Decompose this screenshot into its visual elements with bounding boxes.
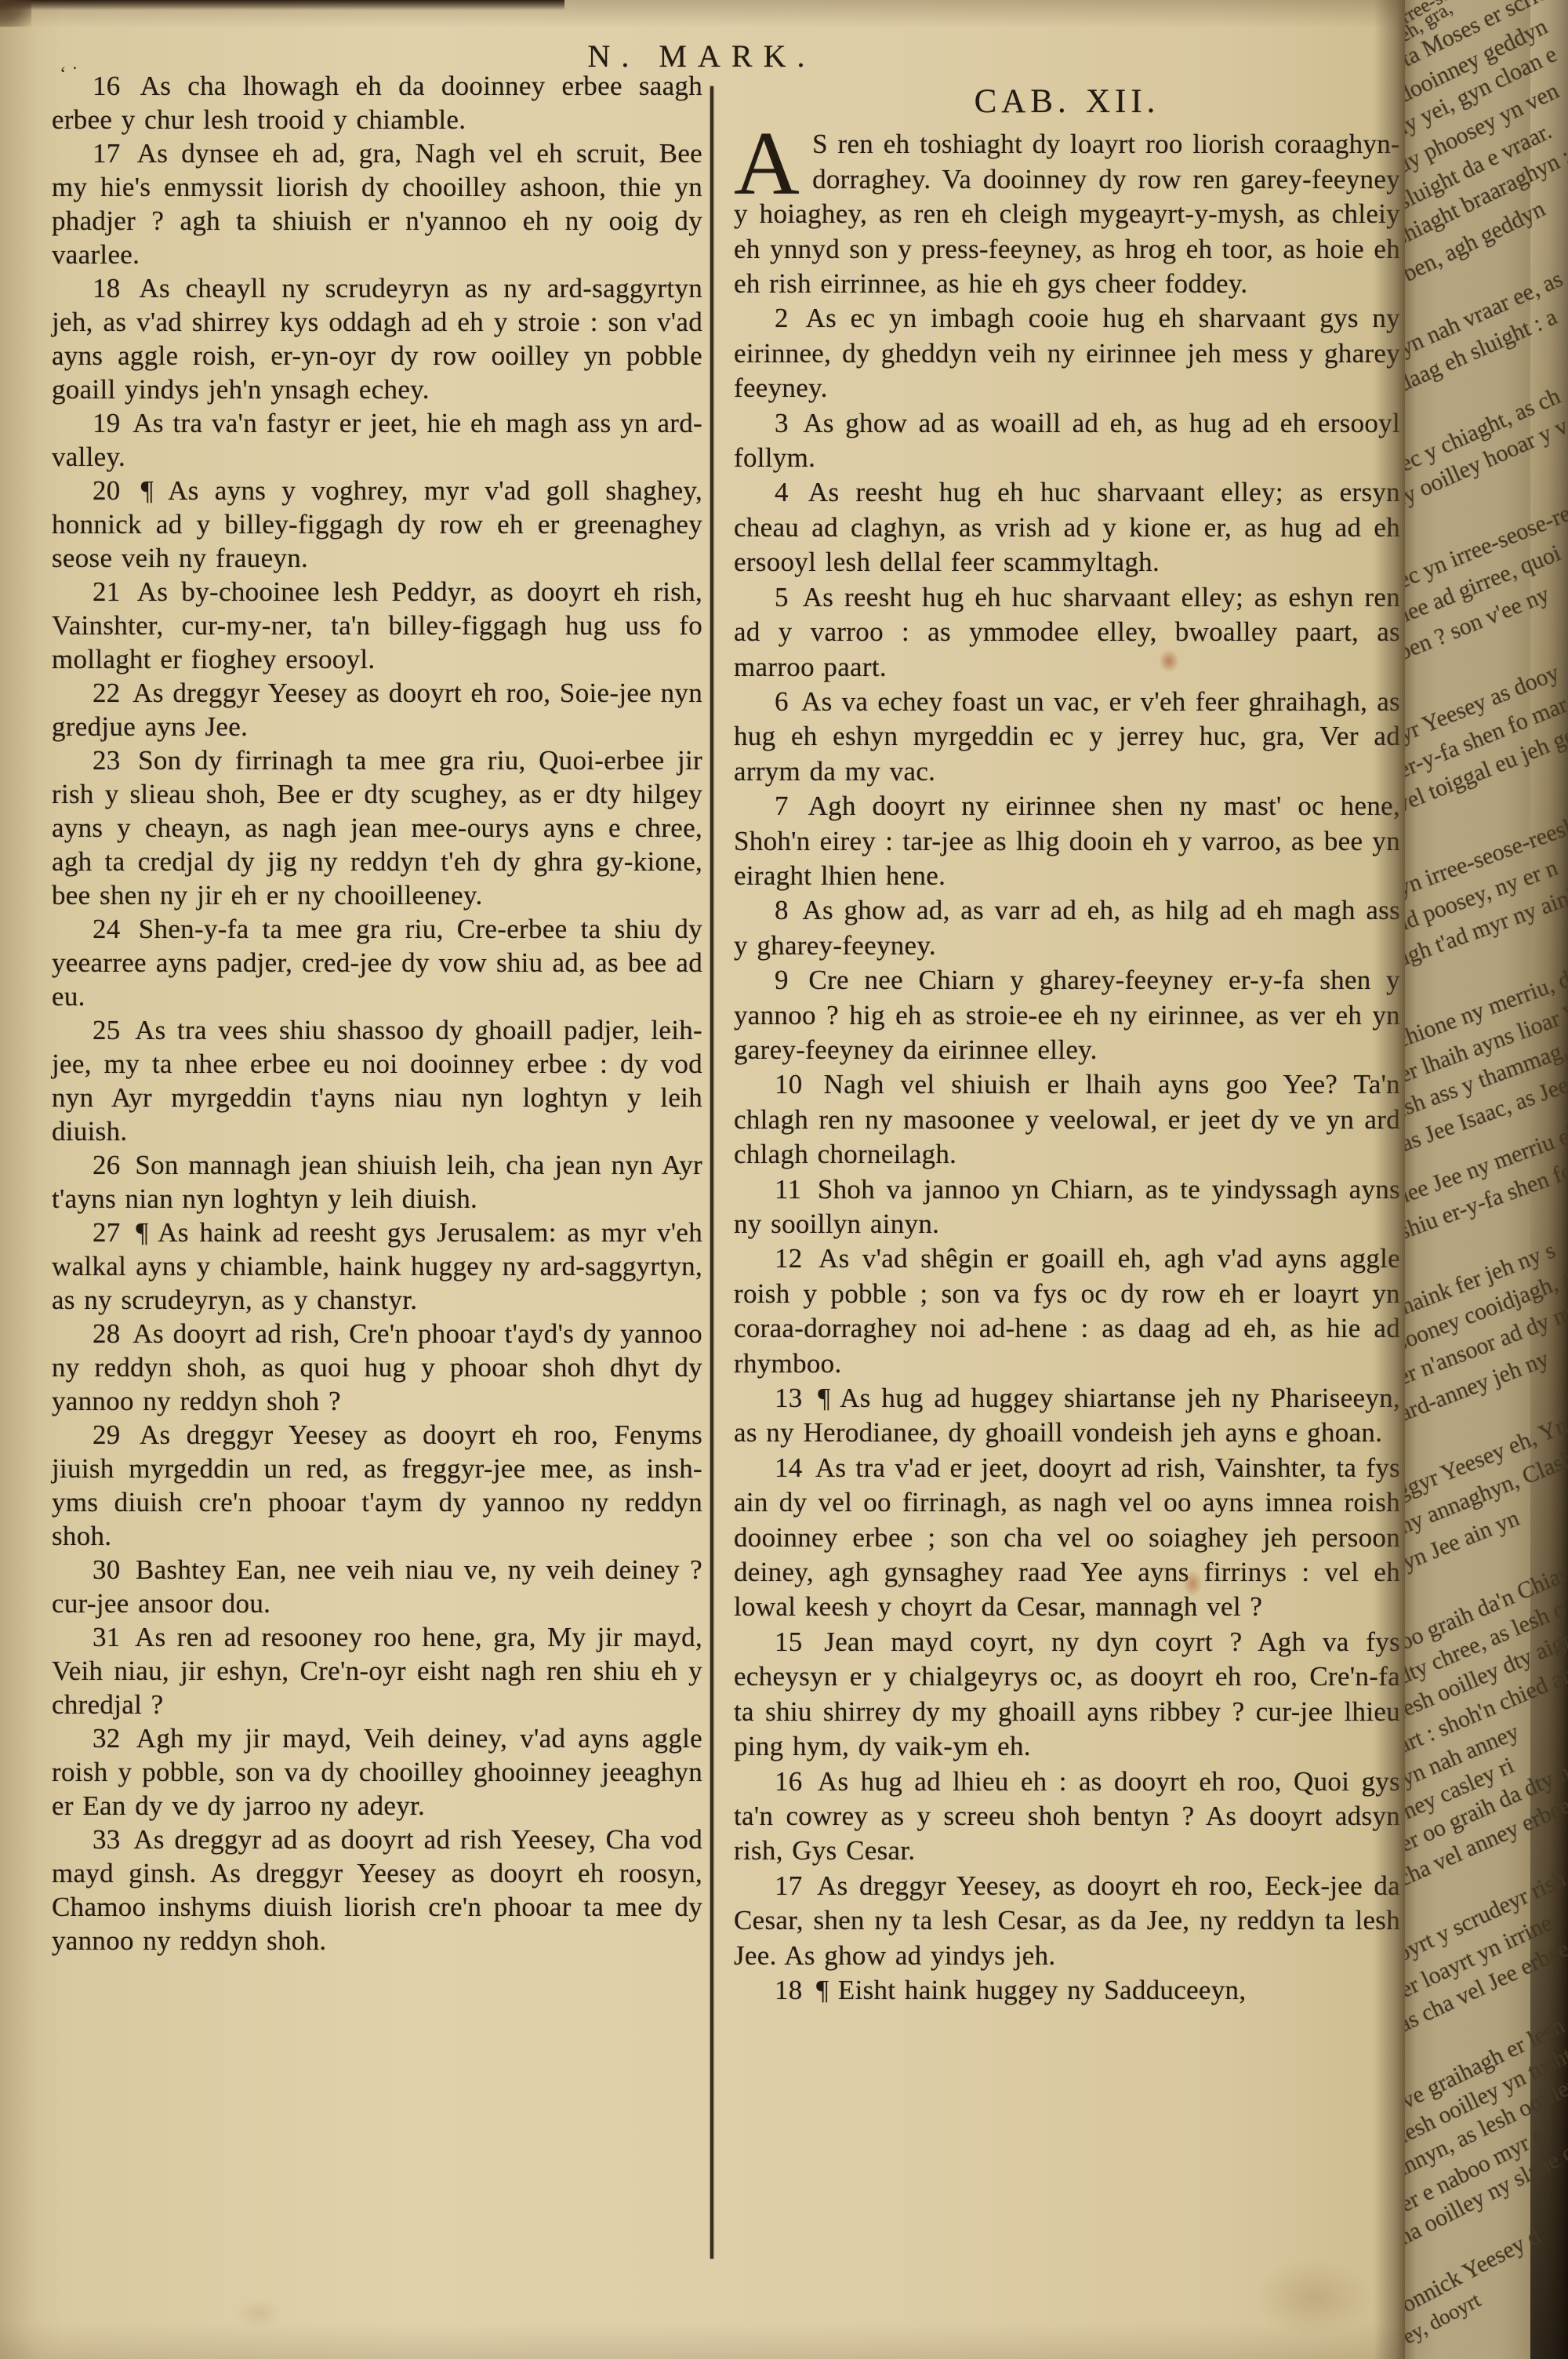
verse: 7 Agh dooyrt ny eirinnee shen ny mast' o…	[734, 789, 1400, 893]
verse: 22 As dreggyr Yeesey as dooyrt eh roo, S…	[52, 676, 702, 743]
verse-number: 8	[775, 895, 789, 925]
verse-number: 18	[93, 273, 121, 304]
verse: 17 As dynsee eh ad, gra, Nagh vel eh scr…	[52, 136, 702, 271]
verse-number: 7	[775, 791, 789, 821]
column-divider-rule	[710, 86, 713, 2259]
verse: 24 Shen-y-fa ta mee gra riu, Cre-erbee t…	[52, 912, 702, 1013]
verse: 21 As by-chooinee lesh Peddyr, as dooyrt…	[52, 575, 702, 676]
verse-number: 13	[775, 1383, 803, 1413]
verse-number: 30	[93, 1554, 121, 1585]
verse: AS ren eh toshiaght dy loayrt roo lioris…	[734, 127, 1400, 301]
paper-stain	[1159, 649, 1179, 673]
scan-dark-top-edge	[0, 0, 564, 10]
verse: 10 Nagh vel shiuish er lhaih ayns goo Ye…	[734, 1067, 1400, 1172]
verse: 27 ¶ As haink ad reesht gys Jerusalem: a…	[52, 1216, 702, 1317]
verse: 32 Agh my jir mayd, Veih deiney, v'ad ay…	[52, 1721, 702, 1823]
drop-cap-letter: A	[734, 127, 812, 196]
paper-stain	[235, 2298, 282, 2329]
book-page-scan: N. MARK. ‘ ˙ 16 As cha lhowagh eh da doo…	[0, 0, 1568, 2359]
verse-number: 17	[775, 1870, 803, 1901]
right-text-column: CAB. XII. AS ren eh toshiaght dy loayrt …	[734, 85, 1400, 2008]
chapter-heading: CAB. XII.	[734, 85, 1400, 119]
verse: 17 As dreggyr Yeesey, as dooyrt eh roo, …	[734, 1869, 1400, 1973]
verse: 2 As ec yn imbagh cooie hug eh sharvaant…	[734, 301, 1400, 405]
verse: 14 As tra v'ad er jeet, dooyrt ad rish, …	[734, 1451, 1400, 1625]
book-gutter-shadow	[1374, 0, 1405, 2359]
verse: 4 As reesht hug eh huc sharvaant elley; …	[734, 475, 1400, 580]
verse: 12 As v'ad shêgin er goaill eh, agh v'ad…	[734, 1241, 1400, 1381]
verse: 6 As va echey foast un vac, er v'eh feer…	[734, 685, 1400, 789]
verse-number: 10	[775, 1069, 803, 1100]
paper-stain	[1254, 2259, 1372, 2337]
verse: 33 As dreggyr ad as dooyrt ad rish Yeese…	[52, 1823, 702, 1957]
left-text-column: 16 As cha lhowagh eh da dooinney erbee s…	[52, 69, 702, 1957]
verse-number: 22	[93, 678, 121, 708]
verse-number: 11	[775, 1174, 801, 1205]
verse-number: 23	[93, 745, 121, 776]
verse: 31 As ren ad resooney roo hene, gra, My …	[52, 1620, 702, 1721]
verse-number: 2	[775, 303, 789, 333]
verse-number: 25	[93, 1015, 121, 1045]
verse: 29 As dreggyr Yeesey as dooyrt eh roo, F…	[52, 1418, 702, 1553]
verse-number: 3	[775, 408, 789, 438]
verse-number: 5	[775, 582, 789, 612]
verse: 18 As cheayll ny scrudeyryn as ny ard-sa…	[52, 271, 702, 406]
verse-number: 31	[93, 1622, 121, 1652]
verse-number: 32	[93, 1723, 121, 1754]
verse: 19 As tra va'n fastyr er jeet, hie eh ma…	[52, 406, 702, 474]
verse: 13 ¶ As hug ad huggey shiartanse jeh ny …	[734, 1381, 1400, 1451]
verse-number: 4	[775, 477, 789, 507]
verse-number: 16	[93, 71, 121, 101]
verse-number: 20	[93, 475, 121, 506]
verse: 16 As hug ad lhieu eh : as dooyrt eh roo…	[734, 1765, 1400, 1869]
verse-number: 28	[93, 1318, 121, 1349]
verse-number: 29	[93, 1419, 121, 1450]
verse-number: 14	[775, 1452, 803, 1483]
verse-number: 12	[775, 1243, 803, 1274]
verse-number: 26	[93, 1150, 121, 1180]
verse-number: 16	[775, 1766, 803, 1797]
verse: 11 Shoh va jannoo yn Chiarn, as te yindy…	[734, 1172, 1400, 1242]
adjacent-page-edge: irree-sejeh, gra,ta Moses er scriedooinn…	[1405, 0, 1568, 2359]
verse-number: 33	[93, 1824, 121, 1855]
verse: 5 As reesht hug eh huc sharvaant elley; …	[734, 580, 1400, 685]
page-left-edge-shade	[0, 0, 38, 2359]
verse: 9 Cre nee Chiarn y gharey-feeyney er-y-f…	[734, 963, 1400, 1067]
verse-number: 15	[775, 1627, 803, 1657]
verse-number: 17	[93, 138, 121, 169]
verse: 25 As tra vees shiu shassoo dy ghoaill p…	[52, 1013, 702, 1148]
verse-number: 21	[93, 576, 121, 607]
verse-number: 18	[775, 1975, 803, 2005]
verse: 15 Jean mayd coyrt, ny dyn coyrt ? Agh v…	[734, 1625, 1400, 1765]
verse-number: 19	[93, 408, 121, 438]
verse: 3 As ghow ad as woaill ad eh, as hug ad …	[734, 406, 1400, 476]
verse: 18 ¶ Eisht haink huggey ny Sadduceeyn,	[734, 1973, 1400, 2008]
verse-number: 6	[775, 686, 789, 717]
verse: 28 As dooyrt ad rish, Cre'n phooar t'ayd…	[52, 1317, 702, 1418]
verse: 8 As ghow ad, as varr ad eh, as hilg ad …	[734, 893, 1400, 963]
verse: 23 Son dy firrinagh ta mee gra riu, Quoi…	[52, 743, 702, 912]
verse-number: 24	[93, 914, 121, 944]
verse: 20 ¶ As ayns y voghrey, myr v'ad goll sh…	[52, 474, 702, 575]
verse: 16 As cha lhowagh eh da dooinney erbee s…	[52, 69, 702, 136]
paper-stain	[1182, 1570, 1203, 1597]
verse: 26 Son mannagh jean shiuish leih, cha je…	[52, 1148, 702, 1216]
verse-number: 27	[93, 1217, 121, 1248]
verse: 30 Bashtey Ean, nee veih niau ve, ny vei…	[52, 1553, 702, 1620]
verse-number: 9	[775, 965, 789, 995]
